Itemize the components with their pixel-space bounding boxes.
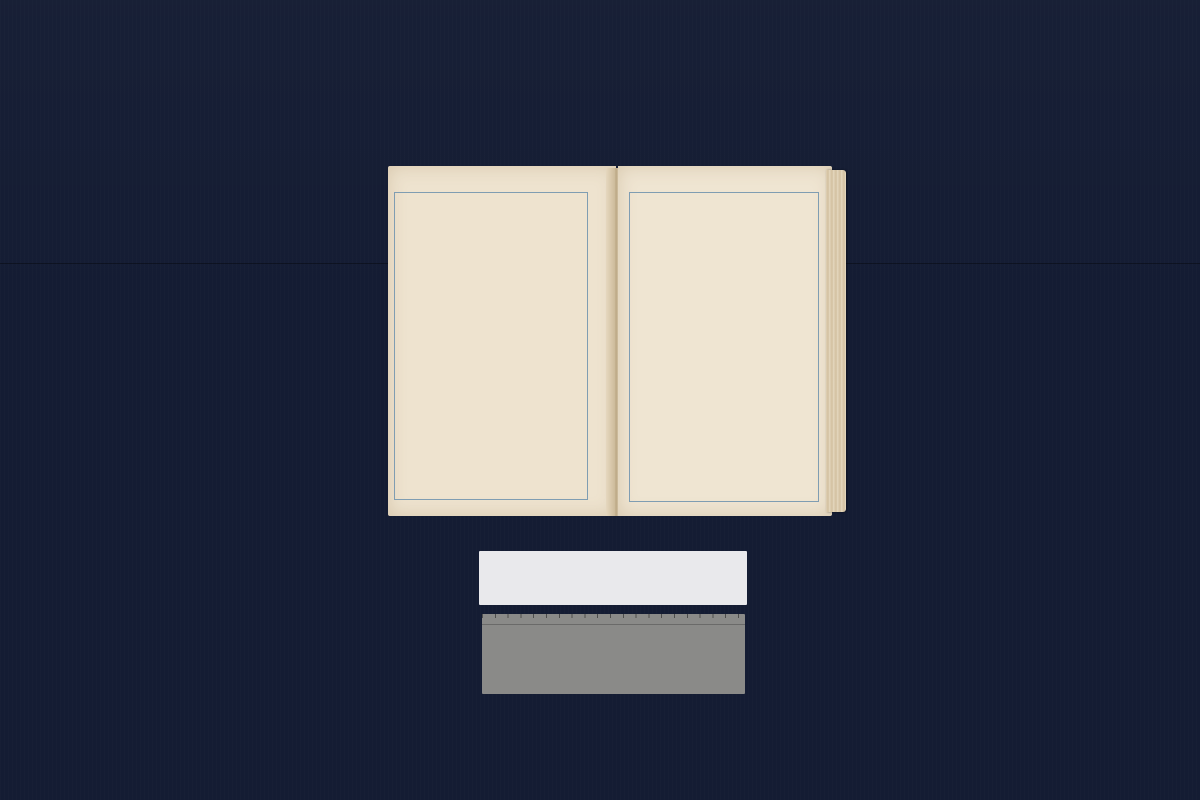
right-page-frame [629, 192, 819, 502]
left-page-text-columns [395, 193, 587, 499]
open-manuscript-book [388, 166, 850, 516]
color-control-chart [482, 614, 745, 694]
page-edges [826, 170, 846, 512]
right-page [618, 166, 832, 516]
chart-brand-row [482, 625, 745, 639]
left-page [388, 166, 616, 516]
left-page-frame [394, 192, 588, 500]
color-patches-grid [482, 647, 745, 693]
right-page-text-columns [630, 193, 818, 501]
ruler-scale [482, 614, 745, 625]
document-caption-label [479, 551, 747, 605]
